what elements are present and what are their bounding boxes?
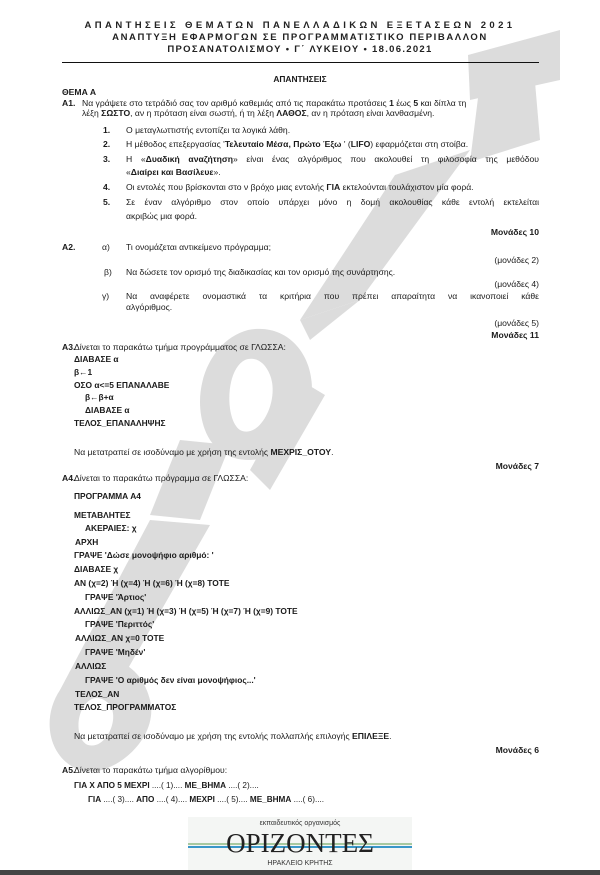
keyword: ΜΕ_ΒΗΜΑ xyxy=(250,795,291,804)
placeholder-text: ....( 2).... xyxy=(226,781,259,790)
statement-5: Σε έναν αλγόριθμο στον οποίο υπάρχει μόν… xyxy=(126,197,539,207)
code-line: β←1 xyxy=(74,367,92,377)
code-line: ΑΡΧΗ xyxy=(75,537,98,547)
footer-bar xyxy=(0,870,600,875)
statement-5-line-2: ακριβώς μια φορά. xyxy=(126,211,197,221)
statement-3: Η «Δυαδική αναζήτηση» είναι ένας αλγόριθ… xyxy=(126,154,539,164)
code-line: ΤΕΛΟΣ_ΠΡΟΓΡΑΜΜΑΤΟΣ xyxy=(74,702,176,712)
sub-question-c-line-2: αλγόριθμος. xyxy=(126,302,172,312)
code-line: ΔΙΑΒΑΣΕ α xyxy=(74,354,119,364)
question-intro: Δίνεται το παρακάτω πρόγραμμα σε ΓΛΩΣΣΑ: xyxy=(74,473,248,483)
placeholder-text: ....( 1).... xyxy=(150,781,185,790)
task-text: Να μετατραπεί σε ισοδύναμο με χρήση της … xyxy=(74,731,392,741)
sub-question-c: Να αναφέρετε ονομαστικά τα κριτήρια που … xyxy=(126,291,539,301)
code-line: ΓΡΑΨΕ 'Ο αριθμός δεν είναι μονοψήφιος...… xyxy=(85,675,256,685)
keyword: ΑΠΟ xyxy=(136,795,154,804)
intro-bold: ΣΩΣΤΟ xyxy=(101,108,130,118)
header-rule xyxy=(62,62,539,63)
intro-text: Να γράψετε στο τετράδιό σας τον αριθμό κ… xyxy=(82,98,389,108)
intro-text: Δίνεται το παρακάτω τμήμα προγράμματος σ… xyxy=(74,342,286,352)
code-line: ΑΛΛΙΩΣ_ΑΝ (χ=1) Ή (χ=3) Ή (χ=5) Ή (χ=7) … xyxy=(74,606,298,616)
placeholder-text: ....( 5).... xyxy=(215,795,250,804)
bold-text: ΕΠΙΛΕΞΕ xyxy=(352,731,389,741)
intro-text: και δίπλα τη xyxy=(418,98,466,108)
intro-bold: ΛΑΘΟΣ xyxy=(276,108,306,118)
sub-question-a: Τι ονομάζεται αντικείμενο πρόγραμμα; xyxy=(126,242,271,252)
logo-location: ΗΡΑΚΛΕΙΟ ΚΡΗΤΗΣ xyxy=(188,860,412,867)
sub-letter: γ) xyxy=(102,291,109,301)
organization-logo: εκπαιδευτικός οργανισμός ΟΡΙΖΟΝΤΕΣ ΗΡΑΚΛ… xyxy=(188,817,412,870)
placeholder-text: ....( 3).... xyxy=(101,795,136,804)
text: Να μετατραπεί σε ισοδύναμο με χρήση της … xyxy=(74,731,352,741)
item-number: 4. xyxy=(103,182,110,192)
placeholder-text: ....( 6).... xyxy=(291,795,324,804)
sub-points: (μονάδες 5) xyxy=(380,318,539,328)
code-line: ΔΙΑΒΑΣΕ χ xyxy=(74,564,118,574)
question-intro: Δίνεται το παρακάτω τμήμα προγράμματος σ… xyxy=(74,342,286,352)
intro-text: λέξη xyxy=(82,108,101,118)
code-line: β←β+α xyxy=(85,392,114,402)
item-number: 2. xyxy=(103,139,110,149)
points: Μονάδες 6 xyxy=(380,745,539,755)
sub-letter: α) xyxy=(102,242,110,252)
code-line: ΓΡΑΨΕ 'Δώσε μονοψήφιο αριθμό: ' xyxy=(74,550,214,560)
question-intro: Δίνεται το παρακάτω τμήμα αλγορίθμου: xyxy=(74,765,227,775)
keyword: ΓΙΑ Χ ΑΠΟ 5 ΜΕΧΡΙ xyxy=(74,781,150,790)
intro-text: , αν η πρόταση είναι λανθασμένη. xyxy=(307,108,435,118)
code-line: ΑΝ (χ=2) Ή (χ=4) Ή (χ=6) Ή (χ=8) ΤΟΤΕ xyxy=(74,578,229,588)
code-line: ΤΕΛΟΣ_ΕΠΑΝΑΛΗΨΗΣ xyxy=(74,418,166,428)
sub-letter: β) xyxy=(104,267,112,277)
bold-text: ΜΕΧΡΙΣ_ΟΤΟΥ xyxy=(270,447,331,457)
item-number: 3. xyxy=(103,154,110,164)
code-line: ΓΡΑΨΕ 'Μηδέν' xyxy=(85,647,145,657)
header-line-3: ΠΡΟΣΑΝΑΤΟΛΙΣΜΟΥ • Γ΄ ΛΥΚΕΙΟΥ • 18.06.202… xyxy=(0,44,600,56)
text: ) εφαρμόζεται στη στοίβα. xyxy=(370,139,468,149)
code-line: ΜΕΤΑΒΛΗΤΕΣ xyxy=(74,510,131,520)
text: . xyxy=(389,731,391,741)
text: Να μετατραπεί σε ισοδύναμο με χρήση της … xyxy=(74,447,270,457)
code-line: ΑΛΛΙΩΣ_ΑΝ χ=0 ΤΟΤΕ xyxy=(75,633,164,643)
question-label: A2. xyxy=(62,242,75,252)
keyword: ΜΕΧΡΙ xyxy=(189,795,214,804)
sub-points: (μονάδες 4) xyxy=(380,279,539,289)
statement-3-line-2: «Διαίρει και Βασίλευε». xyxy=(126,167,221,177)
watermark xyxy=(0,0,600,875)
keyword: ΜΕ_ΒΗΜΑ xyxy=(185,781,226,790)
code-line: ΤΕΛΟΣ_ΑΝ xyxy=(75,689,119,699)
intro-text: , αν η πρόταση είναι σωστή, ή τη λέξη xyxy=(130,108,276,118)
question-label: A1. xyxy=(62,98,75,108)
item-number: 1. xyxy=(103,125,110,135)
code-line: ΠΡΟΓΡΑΜΜΑ Α4 xyxy=(74,491,141,501)
statement-4: Οι εντολές που βρίσκονται στο ν βρόχο μι… xyxy=(126,182,474,192)
section-title: ΑΠΑΝΤΗΣΕΙΣ xyxy=(0,74,600,84)
text: Οι εντολές που βρίσκονται στο ν βρόχο μι… xyxy=(126,182,326,192)
header-line-2: ΑΝΑΠΤΥΞΗ ΕΦΑΡΜΟΓΩΝ ΣΕ ΠΡΟΓΡΑΜΜΑΤΙΣΤΙΚΟ Π… xyxy=(0,32,600,44)
statement-1: Ο μεταγλωττιστής εντοπίζει τα λογικά λάθ… xyxy=(126,125,290,135)
document-header: ΑΠΑΝΤΗΣΕΙΣ ΘΕΜΑΤΩΝ ΠΑΝΕΛΛΑΔΙΚΩΝ ΕΞΕΤΑΣΕΩ… xyxy=(0,20,600,56)
text: εκτελούνται τουλάχιστον μία φορά. xyxy=(340,182,473,192)
logo-name: ΟΡΙΖΟΝΤΕΣ xyxy=(188,828,412,858)
keyword: ΓΙΑ xyxy=(88,795,101,804)
bold-text: Διαίρει και Βασίλευε xyxy=(131,167,214,177)
points: Μονάδες 10 xyxy=(380,227,539,237)
placeholder-text: ....( 4).... xyxy=(154,795,189,804)
text: ' ( xyxy=(341,139,350,149)
header-line-1: ΑΠΑΝΤΗΣΕΙΣ ΘΕΜΑΤΩΝ ΠΑΝΕΛΛΑΔΙΚΩΝ ΕΞΕΤΑΣΕΩ… xyxy=(0,20,600,32)
code-line: ΓΡΑΨΕ 'Περιττός' xyxy=(85,619,154,629)
text: Η μέθοδος επεξεργασίας ' xyxy=(126,139,225,149)
item-number: 5. xyxy=(103,197,110,207)
code-line: ΑΛΛΙΩΣ xyxy=(75,661,106,671)
intro-text: έως xyxy=(394,98,413,108)
logo-tagline: εκπαιδευτικός οργανισμός xyxy=(188,820,412,827)
code-line: ΓΡΑΨΕ 'Άρτιος' xyxy=(85,592,146,602)
sub-question-b: Να δώσετε τον ορισμό της διαδικασίας και… xyxy=(126,267,395,277)
code-line: ΓΙΑ ....( 3).... ΑΠΟ ....( 4).... ΜΕΧΡΙ … xyxy=(88,795,324,804)
bold-text: ΓΙΑ xyxy=(326,182,340,192)
bold-text: LIFO xyxy=(351,139,371,149)
code-line: ΑΚΕΡΑΙΕΣ: χ xyxy=(85,523,137,533)
points: Μονάδες 11 xyxy=(380,330,539,340)
points: Μονάδες 7 xyxy=(380,461,539,471)
code-line: ΓΙΑ Χ ΑΠΟ 5 ΜΕΧΡΙ ....( 1).... ΜΕ_ΒΗΜΑ .… xyxy=(74,781,259,790)
task-text: Να μετατραπεί σε ισοδύναμο με χρήση της … xyxy=(74,447,333,457)
text: Η « xyxy=(126,154,146,164)
bold-text: Τελευταίο Μέσα, Πρώτο Έξω xyxy=(225,139,342,149)
statement-2: Η μέθοδος επεξεργασίας 'Τελευταίο Μέσα, … xyxy=(126,139,468,149)
text: . xyxy=(331,447,333,457)
code-line: ΔΙΑΒΑΣΕ α xyxy=(85,405,130,415)
bold-text: Δυαδική αναζήτηση xyxy=(146,154,233,164)
code-line: ΟΣΟ α<=5 ΕΠΑΝΑΛΑΒΕ xyxy=(74,380,169,390)
question-intro: Να γράψετε στο τετράδιό σας τον αριθμό κ… xyxy=(82,98,542,118)
text: ». xyxy=(213,167,220,177)
theme-title: ΘΕΜΑ Α xyxy=(62,87,96,97)
text: » είναι ένας αλγόριθμος που ακολουθεί τη… xyxy=(233,154,539,164)
sub-points: (μονάδες 2) xyxy=(380,255,539,265)
